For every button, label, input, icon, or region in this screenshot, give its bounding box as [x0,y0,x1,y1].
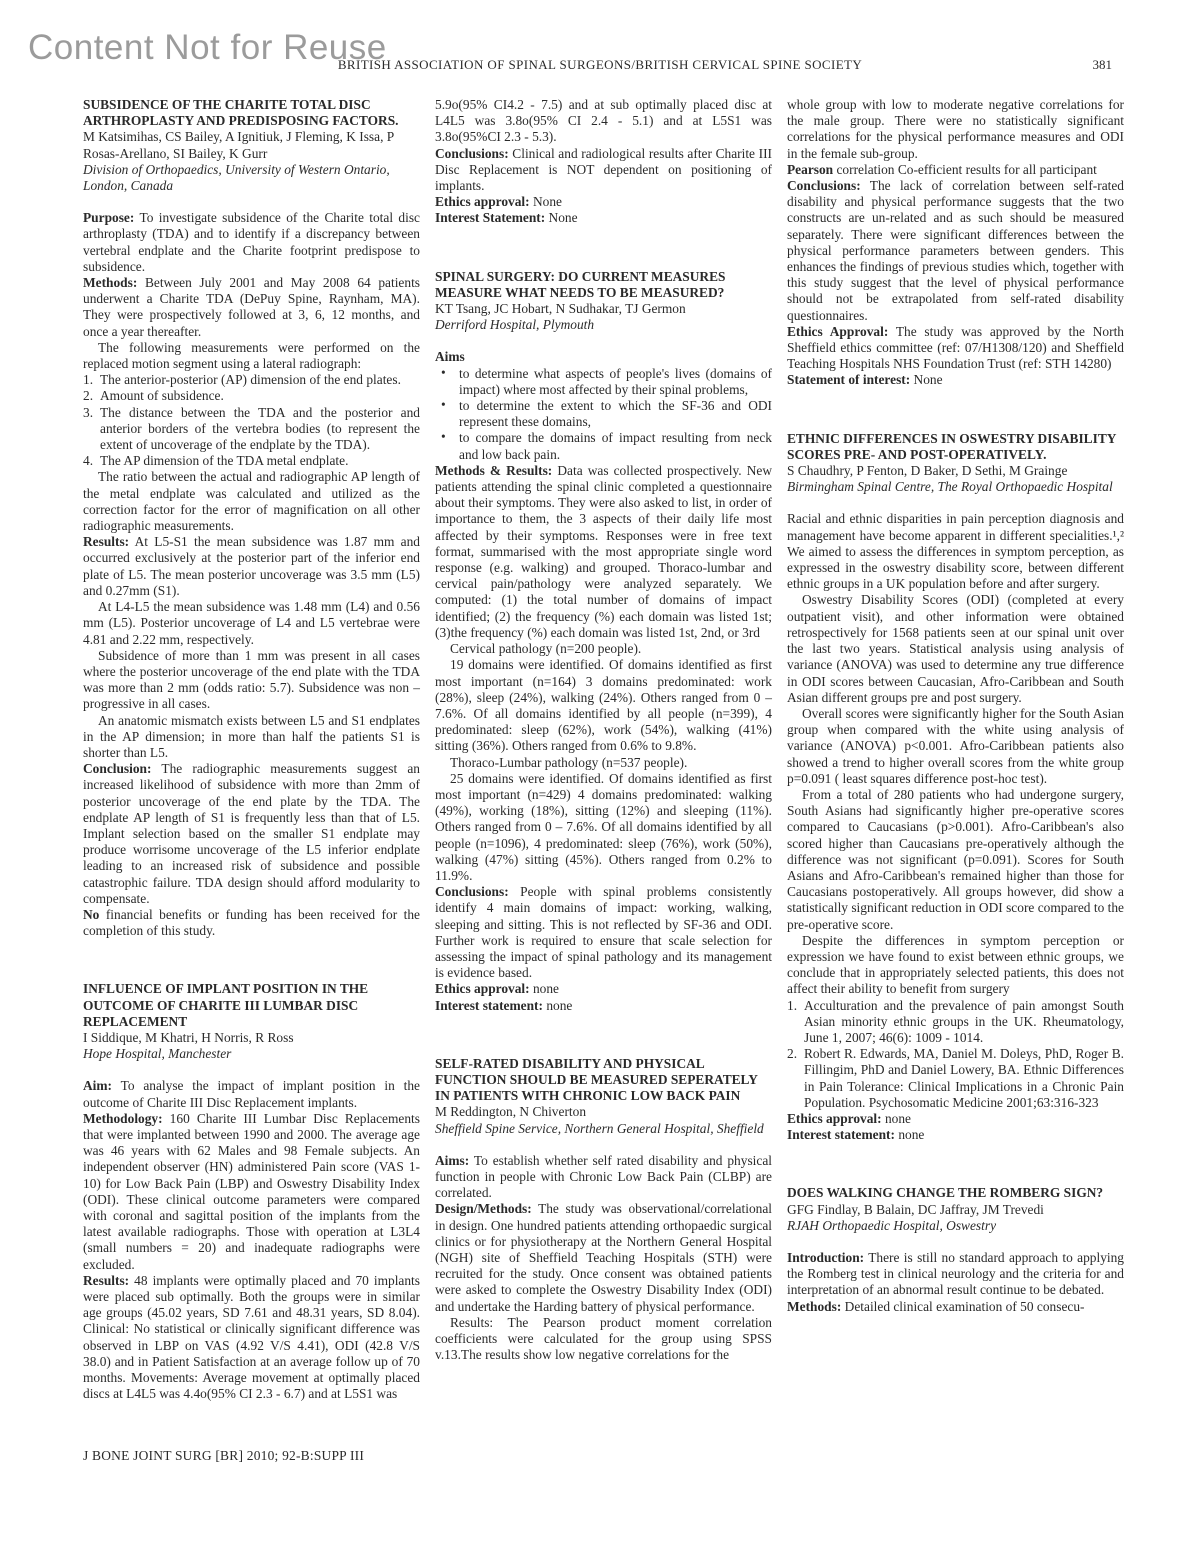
abstract-affiliation: Sheffield Spine Service, Northern Genera… [435,1121,772,1137]
paragraph: Aims: To establish whether self rated di… [435,1153,772,1202]
paragraph: Despite the differences in symptom perce… [787,933,1124,998]
journal-citation: J BONE JOINT SURG [BR] 2010; 92-B:SUPP I… [83,1448,364,1464]
paragraph: Pearson correlation Co-efficient results… [787,162,1124,178]
page-number: 381 [1093,57,1113,73]
abstract-authors: I Siddique, M Khatri, H Norris, R Ross [83,1030,420,1046]
paragraph: Ethics approval: none [435,981,772,997]
paragraph-label: Conclusion: [83,761,151,776]
paragraph: Design/Methods: The study was observatio… [435,1201,772,1314]
abstract-authors: GFG Findlay, B Balain, DC Jaffray, JM Tr… [787,1202,1124,1218]
bullet-icon: • [441,397,446,413]
abstract-title: ETHNIC DIFFERENCES IN OSWESTRY DISABILIT… [787,431,1124,463]
paragraph-label: Pearson [787,162,833,177]
journal-page: Content Not for Reuse BRITISH ASSOCIATIO… [0,0,1200,1553]
abstract-title: INFLUENCE OF IMPLANT POSITION IN THE OUT… [83,981,420,1030]
paragraph-label: Interest statement: [435,998,543,1013]
paragraph-label: Aims: [435,1153,469,1168]
paragraph-label: Purpose: [83,210,134,225]
paragraph-label: Conclusions: [435,884,509,899]
abstract-title: SUBSIDENCE OF THE CHARITE TOTAL DISC ART… [83,97,420,129]
abstract-affiliation: Hope Hospital, Manchester [83,1046,420,1062]
bullet-list-item: •to determine what aspects of people's l… [435,366,772,398]
paragraph-label: No [83,907,99,922]
numbered-list-item: 3.The distance between the TDA and the p… [83,405,420,454]
abstract-title: SPINAL SURGERY: DO CURRENT MEASURES MEAS… [435,269,772,301]
paragraph-label: Methods & Results: [435,463,552,478]
paragraph: Conclusions: The lack of correlation bet… [787,178,1124,324]
numbered-list-item: 1.The anterior-posterior (AP) dimension … [83,372,420,388]
paragraph: Aim: To analyse the impact of implant po… [83,1078,420,1110]
paragraph: Interest statement: none [787,1127,1124,1143]
paragraph: No financial benefits or funding has bee… [83,907,420,939]
abstract-title: SELF-RATED DISABILITY AND PHYSICAL FUNCT… [435,1056,772,1105]
paragraph: Ethics approval: none [787,1111,1124,1127]
paragraph-label: Ethics Approval: [787,324,888,339]
paragraph-label: Statement of interest: [787,372,910,387]
paragraph: whole group with low to moderate negativ… [787,97,1124,162]
paragraph: Conclusions: Clinical and radiological r… [435,146,772,195]
paragraph: Statement of interest: None [787,372,1124,388]
paragraph-label: Methodology: [83,1111,163,1126]
paragraph: Oswestry Disability Scores (ODI) (comple… [787,592,1124,705]
paragraph-label: Ethics approval: [435,981,530,996]
paragraph: 19 domains were identified. Of domains i… [435,657,772,754]
numbered-list-item: 4.The AP dimension of the TDA metal endp… [83,453,420,469]
paragraph: 25 domains were identified. Of domains i… [435,771,772,884]
abstract-authors: M Reddington, N Chiverton [435,1104,772,1120]
paragraph: Conclusion: The radiographic measurement… [83,761,420,907]
paragraph: Cervical pathology (n=200 people). [435,641,772,657]
paragraph: 5.9o(95% CI4.2 - 7.5) and at sub optimal… [435,97,772,146]
paragraph: Ethics approval: None [435,194,772,210]
paragraph: Interest Statement: None [435,210,772,226]
list-number: 2. [83,388,93,404]
abstract-authors: M Katsimihas, CS Bailey, A Ignitiuk, J F… [83,129,420,161]
paragraph: Purpose: To investigate subsidence of th… [83,210,420,275]
paragraph: At L4-L5 the mean subsidence was 1.48 mm… [83,599,420,648]
abstract-authors: KT Tsang, JC Hobart, N Sudhakar, TJ Germ… [435,301,772,317]
paragraph: Conclusions: People with spinal problems… [435,884,772,981]
paragraph-label: Conclusions: [435,146,509,161]
abstract-gap [787,389,1124,431]
abstract-gap [787,1143,1124,1185]
paragraph-label: Results: [83,534,129,549]
column: whole group with low to moderate negativ… [787,97,1124,1402]
paragraph: Overall scores were significantly higher… [787,706,1124,787]
bullet-list-item: •to determine the extent to which the SF… [435,398,772,430]
paragraph: From a total of 280 patients who had und… [787,787,1124,933]
paragraph: Results: 48 implants were optimally plac… [83,1273,420,1403]
paragraph: Racial and ethnic disparities in pain pe… [787,511,1124,592]
paragraph-label: Aim: [83,1078,112,1093]
paragraph: The following measurements were performe… [83,340,420,372]
numbered-list-item: 2.Robert R. Edwards, MA, Daniel M. Doley… [787,1046,1124,1111]
column: SUBSIDENCE OF THE CHARITE TOTAL DISC ART… [83,97,420,1402]
paragraph: Methods & Results: Data was collected pr… [435,463,772,641]
abstract-gap [83,939,420,981]
paragraph-label: Interest Statement: [435,210,545,225]
bullet-list-item: •to compare the domains of impact result… [435,430,772,462]
abstract-gap [435,227,772,269]
paragraph: Subsidence of more than 1 mm was present… [83,648,420,713]
abstract-affiliation: Birmingham Spinal Centre, The Royal Orth… [787,479,1124,495]
abstract-affiliation: Division of Orthopaedics, University of … [83,162,420,194]
paragraph: Results: The Pearson product moment corr… [435,1315,772,1364]
paragraph-label: Ethics approval: [787,1111,882,1126]
paragraph: Methodology: 160 Charite III Lumbar Disc… [83,1111,420,1273]
paragraph: An anatomic mismatch exists between L5 a… [83,713,420,762]
paragraph-label: Methods: [83,275,137,290]
abstract-affiliation: RJAH Orthopaedic Hospital, Oswestry [787,1218,1124,1234]
paragraph: Aims [435,349,772,365]
society-title: BRITISH ASSOCIATION OF SPINAL SURGEONS/B… [0,57,1200,73]
paragraph-label: Design/Methods: [435,1201,532,1216]
list-number: 4. [83,453,93,469]
bullet-icon: • [441,429,446,445]
numbered-list-item: 1.Acculturation and the prevalence of pa… [787,998,1124,1047]
abstract-title: DOES WALKING CHANGE THE ROMBERG SIGN? [787,1185,1124,1201]
paragraph: The ratio between the actual and radiogr… [83,469,420,534]
list-number: 1. [787,998,797,1014]
list-number: 1. [83,372,93,388]
paragraph-label: Results: [83,1273,129,1288]
bullet-icon: • [441,365,446,381]
paragraph: Methods: Detailed clinical examination o… [787,1299,1124,1315]
paragraph-label: Aims [435,349,465,364]
abstract-gap [435,1014,772,1056]
paragraph-label: Methods: [787,1299,841,1314]
paragraph-label: Conclusions: [787,178,861,193]
numbered-list-item: 2.Amount of subsidence. [83,388,420,404]
abstract-authors: S Chaudhry, P Fenton, D Baker, D Sethi, … [787,463,1124,479]
column: 5.9o(95% CI4.2 - 7.5) and at sub optimal… [435,97,772,1402]
abstract-affiliation: Derriford Hospital, Plymouth [435,317,772,333]
page-header: BRITISH ASSOCIATION OF SPINAL SURGEONS/B… [0,57,1200,75]
list-number: 3. [83,405,93,421]
paragraph: Results: At L5-S1 the mean subsidence wa… [83,534,420,599]
list-number: 2. [787,1046,797,1062]
paragraph: Introduction: There is still no standard… [787,1250,1124,1299]
abstract-columns: SUBSIDENCE OF THE CHARITE TOTAL DISC ART… [83,97,1124,1402]
paragraph-label: Introduction: [787,1250,864,1265]
paragraph: Interest statement: none [435,998,772,1014]
paragraph-label: Ethics approval: [435,194,530,209]
paragraph-label: Interest statement: [787,1127,895,1142]
paragraph: Ethics Approval: The study was approved … [787,324,1124,373]
paragraph: Thoraco-Lumbar pathology (n=537 people). [435,755,772,771]
paragraph: Methods: Between July 2001 and May 2008 … [83,275,420,340]
